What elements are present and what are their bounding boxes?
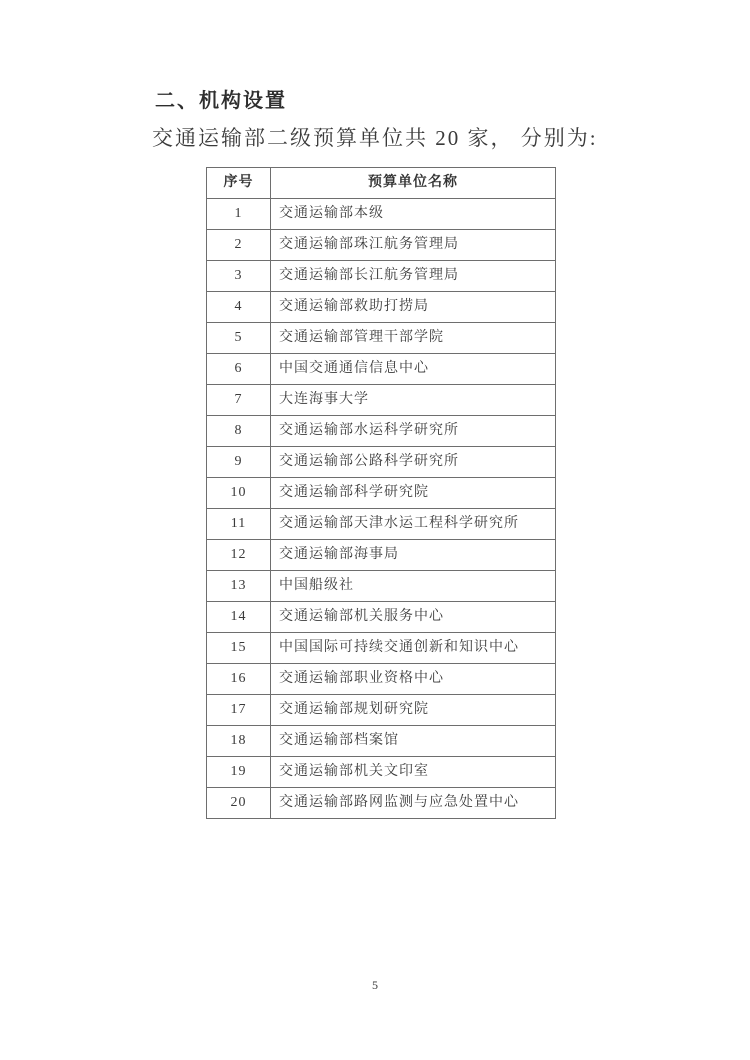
table-row: 15中国国际可持续交通创新和知识中心 [207,633,556,664]
row-unit-name: 交通运输部科学研究院 [271,478,556,509]
table-row: 16交通运输部职业资格中心 [207,664,556,695]
row-unit-name: 交通运输部海事局 [271,540,556,571]
row-serial-number: 3 [207,261,271,292]
document-page: 二、机构设置 交通运输部二级预算单位共 20 家， 分别为: 序号 预算单位名称… [0,0,750,1060]
row-serial-number: 2 [207,230,271,261]
row-serial-number: 8 [207,416,271,447]
row-serial-number: 6 [207,354,271,385]
row-serial-number: 11 [207,509,271,540]
table-row: 2交通运输部珠江航务管理局 [207,230,556,261]
table-row: 20交通运输部路网监测与应急处置中心 [207,788,556,819]
row-unit-name: 交通运输部天津水运工程科学研究所 [271,509,556,540]
table-row: 9交通运输部公路科学研究所 [207,447,556,478]
section-heading: 二、机构设置 [155,84,287,113]
table-row: 4交通运输部救助打捞局 [207,292,556,323]
table-row: 11交通运输部天津水运工程科学研究所 [207,509,556,540]
budget-table-body: 1交通运输部本级2交通运输部珠江航务管理局3交通运输部长江航务管理局4交通运输部… [207,199,556,819]
header-row: 序号 预算单位名称 [207,168,556,199]
table-row: 17交通运输部规划研究院 [207,695,556,726]
row-unit-name: 中国船级社 [271,571,556,602]
row-serial-number: 18 [207,726,271,757]
row-serial-number: 4 [207,292,271,323]
row-serial-number: 14 [207,602,271,633]
table-row: 1交通运输部本级 [207,199,556,230]
row-unit-name: 交通运输部长江航务管理局 [271,261,556,292]
row-unit-name: 中国交通通信信息中心 [271,354,556,385]
row-unit-name: 交通运输部管理干部学院 [271,323,556,354]
row-serial-number: 15 [207,633,271,664]
row-serial-number: 7 [207,385,271,416]
row-unit-name: 大连海事大学 [271,385,556,416]
table-row: 8交通运输部水运科学研究所 [207,416,556,447]
row-unit-name: 交通运输部水运科学研究所 [271,416,556,447]
row-serial-number: 9 [207,447,271,478]
row-unit-name: 交通运输部公路科学研究所 [271,447,556,478]
table-row: 5交通运输部管理干部学院 [207,323,556,354]
row-unit-name: 交通运输部机关文印室 [271,757,556,788]
row-serial-number: 5 [207,323,271,354]
row-unit-name: 交通运输部职业资格中心 [271,664,556,695]
budget-units-table: 序号 预算单位名称 1交通运输部本级2交通运输部珠江航务管理局3交通运输部长江航… [206,167,556,819]
row-unit-name: 交通运输部救助打捞局 [271,292,556,323]
row-unit-name: 交通运输部本级 [271,199,556,230]
table-row: 3交通运输部长江航务管理局 [207,261,556,292]
row-unit-name: 交通运输部机关服务中心 [271,602,556,633]
row-unit-name: 交通运输部珠江航务管理局 [271,230,556,261]
row-serial-number: 10 [207,478,271,509]
table-row: 6中国交通通信信息中心 [207,354,556,385]
header-serial-number: 序号 [207,168,271,199]
table-row: 7大连海事大学 [207,385,556,416]
table-row: 14交通运输部机关服务中心 [207,602,556,633]
table-row: 12交通运输部海事局 [207,540,556,571]
table-header: 序号 预算单位名称 [207,168,556,199]
intro-sentence: 交通运输部二级预算单位共 20 家， 分别为: [152,122,598,152]
row-unit-name: 交通运输部路网监测与应急处置中心 [271,788,556,819]
row-unit-name: 中国国际可持续交通创新和知识中心 [271,633,556,664]
row-serial-number: 1 [207,199,271,230]
table-row: 13中国船级社 [207,571,556,602]
table-row: 19交通运输部机关文印室 [207,757,556,788]
row-serial-number: 20 [207,788,271,819]
table-row: 10交通运输部科学研究院 [207,478,556,509]
row-serial-number: 19 [207,757,271,788]
table-row: 18交通运输部档案馆 [207,726,556,757]
row-serial-number: 16 [207,664,271,695]
row-serial-number: 13 [207,571,271,602]
row-unit-name: 交通运输部规划研究院 [271,695,556,726]
header-unit-name: 预算单位名称 [271,168,556,199]
row-unit-name: 交通运输部档案馆 [271,726,556,757]
row-serial-number: 17 [207,695,271,726]
page-number: 5 [0,978,750,993]
row-serial-number: 12 [207,540,271,571]
